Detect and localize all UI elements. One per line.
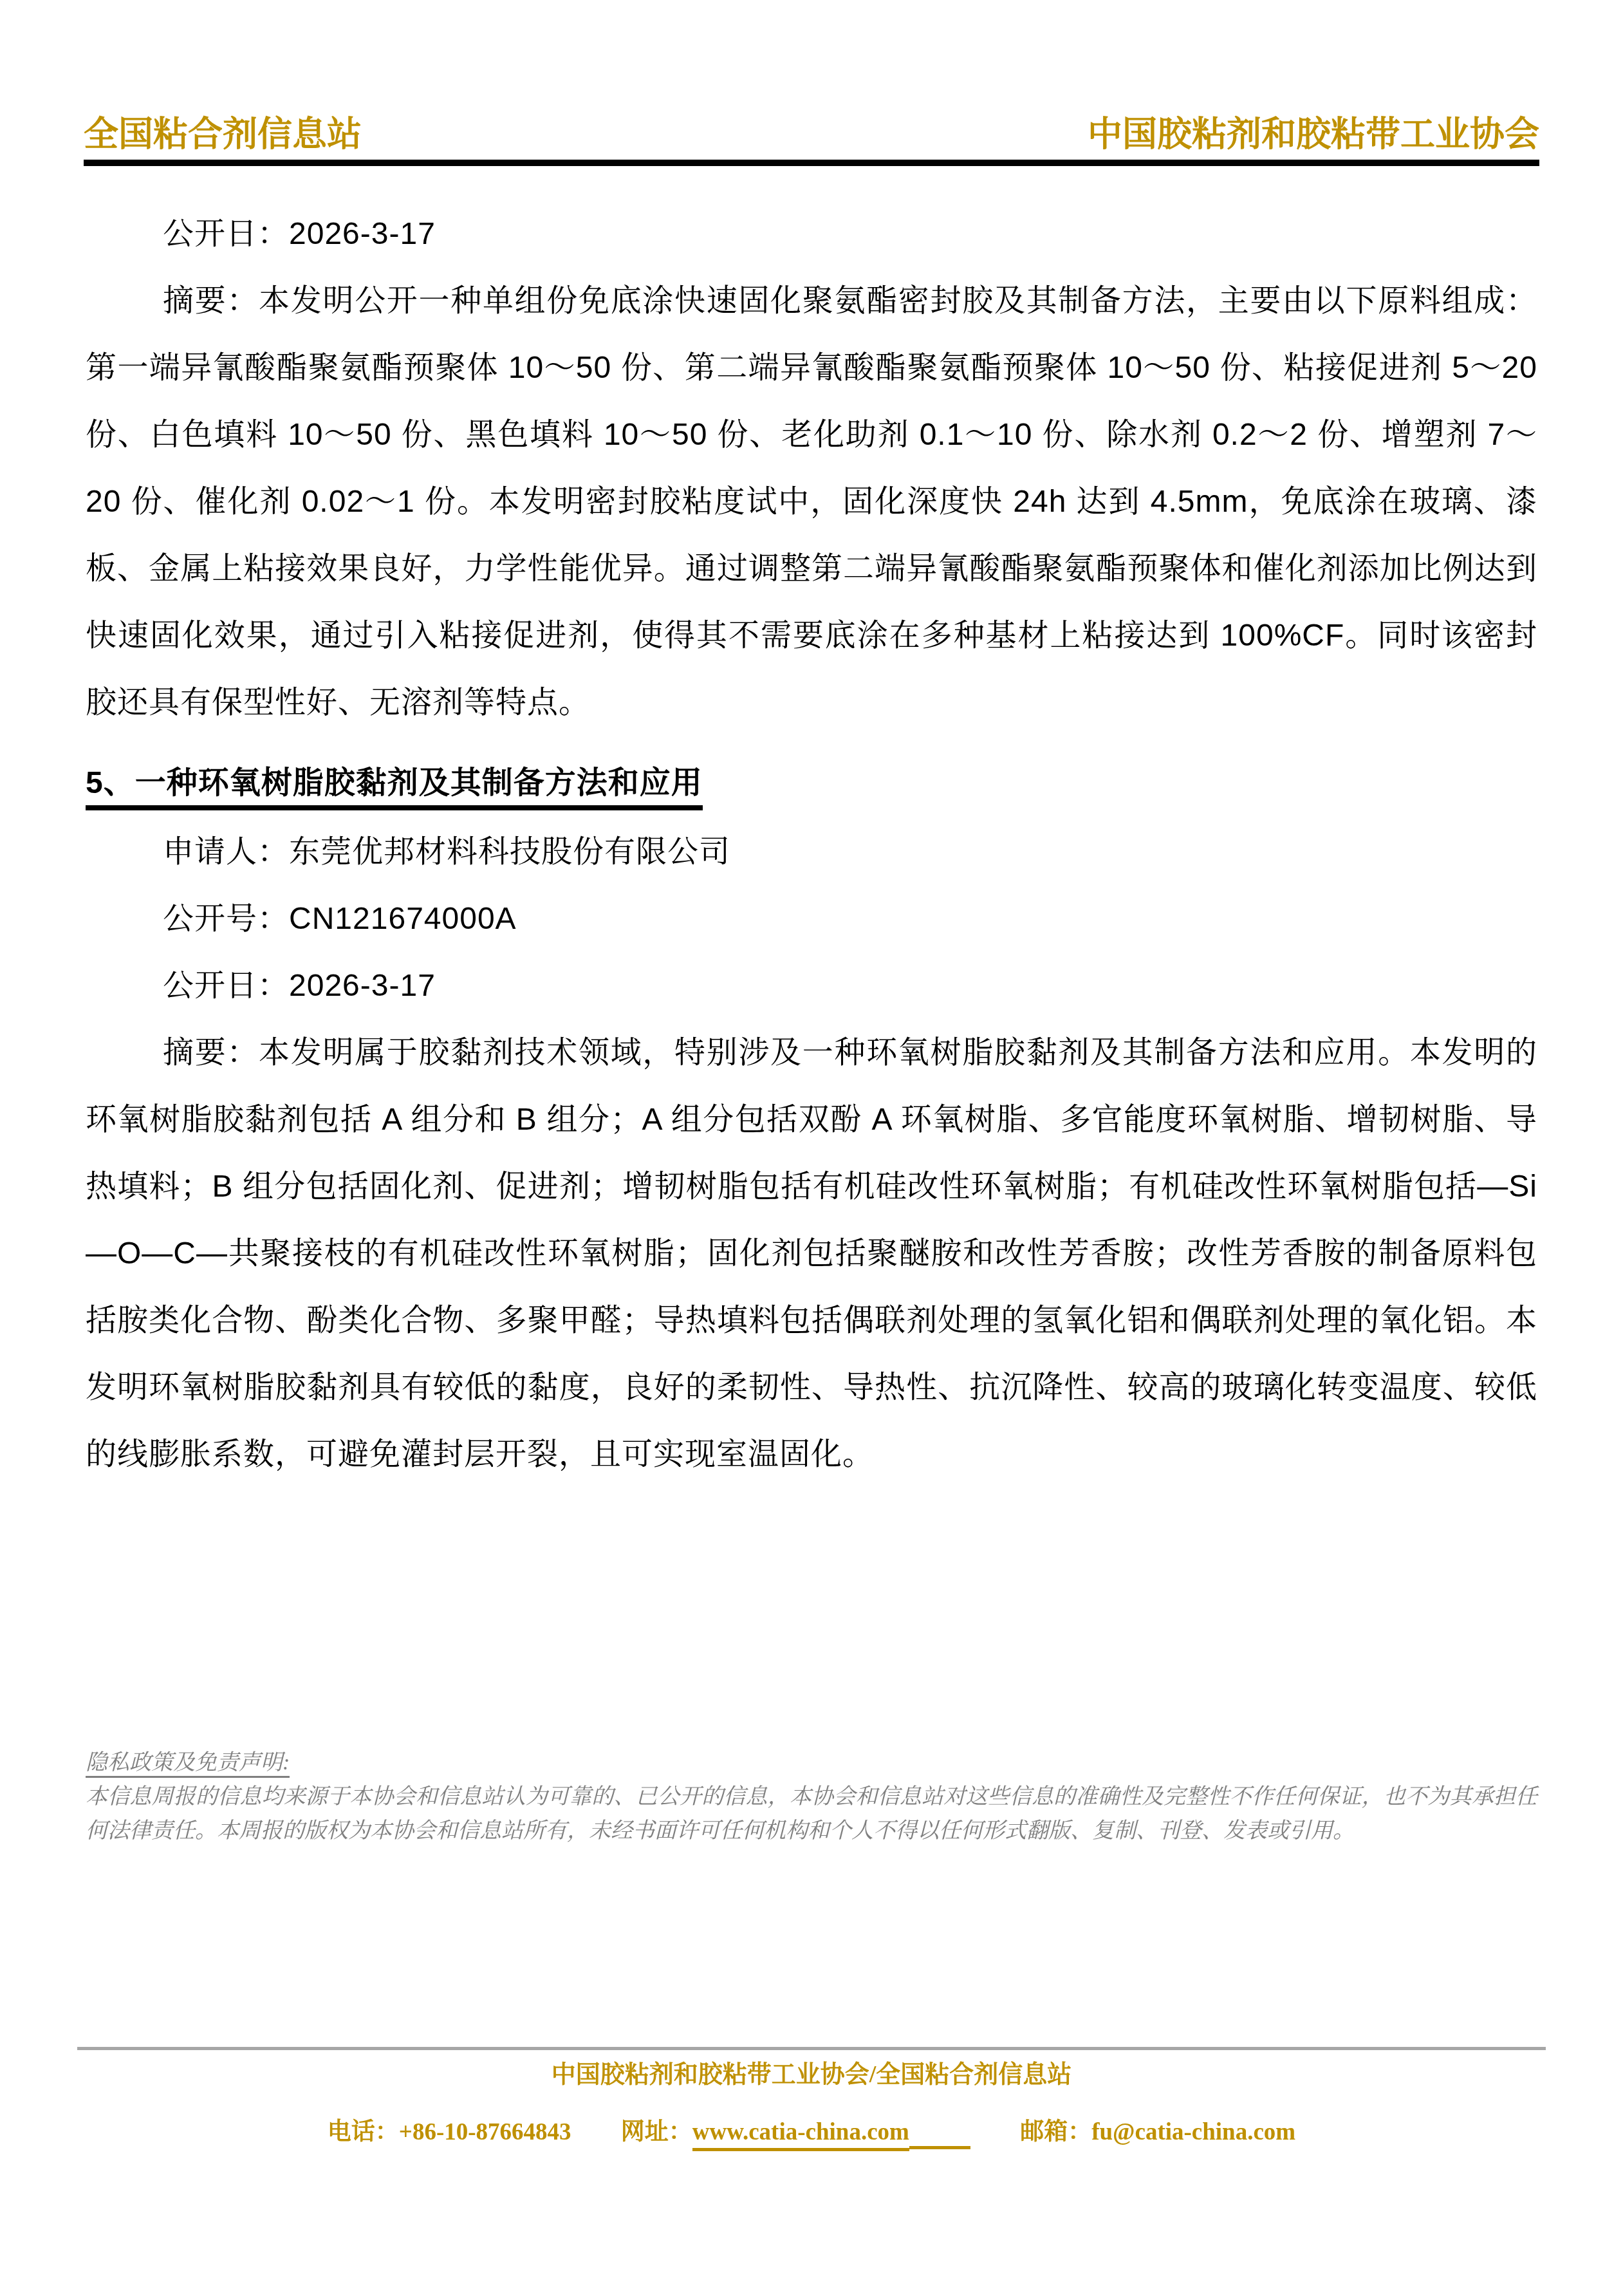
web-group: 网址：www.catia-china.com [621,2119,970,2145]
patent5-pubnumber-line: 公开号：CN121674000A [86,886,1537,953]
pubdate-value: 2026-3-17 [289,217,436,251]
pubnumber-value: CN121674000A [289,902,517,936]
footer-contact-line: 电话：+86-10-87664843 网址：www.catia-china.co… [77,2117,1546,2149]
newsletter-page: 全国粘合剂信息站 中国胶粘剂和胶粘带工业协会 公开日：2026-3-17 摘要：… [0,0,1623,2296]
web-label: 网址： [621,2119,692,2145]
website-underline-tail [909,2122,970,2149]
phone-group: 电话：+86-10-87664843 [328,2119,571,2145]
page-footer: 中国胶粘剂和胶粘带工业协会/全国粘合剂信息站 电话：+86-10-8766484… [77,2047,1546,2149]
disclaimer-heading-line: 隐私政策及免责声明: [86,1746,1537,1780]
header-left-title: 全国粘合剂信息站 [84,113,362,156]
document-body: 公开日：2026-3-17 摘要：本发明公开一种单组份免底涂快速固化聚氨酯密封胶… [86,201,1537,1488]
applicant-value: 东莞优邦材料科技股份有限公司 [289,835,730,869]
patent5-heading-text: 5、一种环氧树脂胶黏剂及其制备方法和应用 [86,766,703,810]
pubnumber-label: 公开号： [163,902,289,936]
disclaimer-text: 本信息周报的信息均来源于本协会和信息站认为可靠的、已公开的信息，本协会和信息站对… [86,1780,1537,1848]
pubdate-label: 公开日： [163,969,289,1003]
page-header: 全国粘合剂信息站 中国胶粘剂和胶粘带工业协会 [84,0,1539,166]
patent5-abstract: 摘要：本发明属于胶黏剂技术领域，特别涉及一种环氧树脂胶黏剂及其制备方法和应用。本… [86,1020,1537,1488]
footer-org-line: 中国胶粘剂和胶粘带工业协会/全国粘合剂信息站 [77,2059,1546,2090]
disclaimer-heading: 隐私政策及免责声明: [86,1751,290,1778]
email-label: 邮箱： [1020,2119,1091,2145]
patent4-abstract: 摘要：本发明公开一种单组份免底涂快速固化聚氨酯密封胶及其制备方法，主要由以下原料… [86,268,1537,736]
disclaimer-block: 隐私政策及免责声明: 本信息周报的信息均来源于本协会和信息站认为可靠的、已公开的… [86,1746,1537,1848]
header-rule [84,160,1539,166]
patent5-heading: 5、一种环氧树脂胶黏剂及其制备方法和应用 [86,748,1537,819]
patent5-applicant-line: 申请人：东莞优邦材料科技股份有限公司 [86,819,1537,886]
email-value: fu@catia-china.com [1091,2119,1295,2145]
phone-label: 电话： [328,2119,399,2145]
website-link[interactable]: www.catia-china.com [692,2119,909,2151]
email-group: 邮箱：fu@catia-china.com [1020,2119,1295,2145]
phone-value: +86-10-87664843 [399,2119,571,2145]
pubdate-label: 公开日： [163,217,289,251]
patent5-pubdate-line: 公开日：2026-3-17 [86,953,1537,1020]
footer-rule [77,2047,1546,2050]
header-right-title: 中国胶粘剂和胶粘带工业协会 [1088,113,1539,156]
applicant-label: 申请人： [163,835,289,869]
pubdate-value: 2026-3-17 [289,969,436,1003]
patent4-pubdate-line: 公开日：2026-3-17 [86,201,1537,268]
